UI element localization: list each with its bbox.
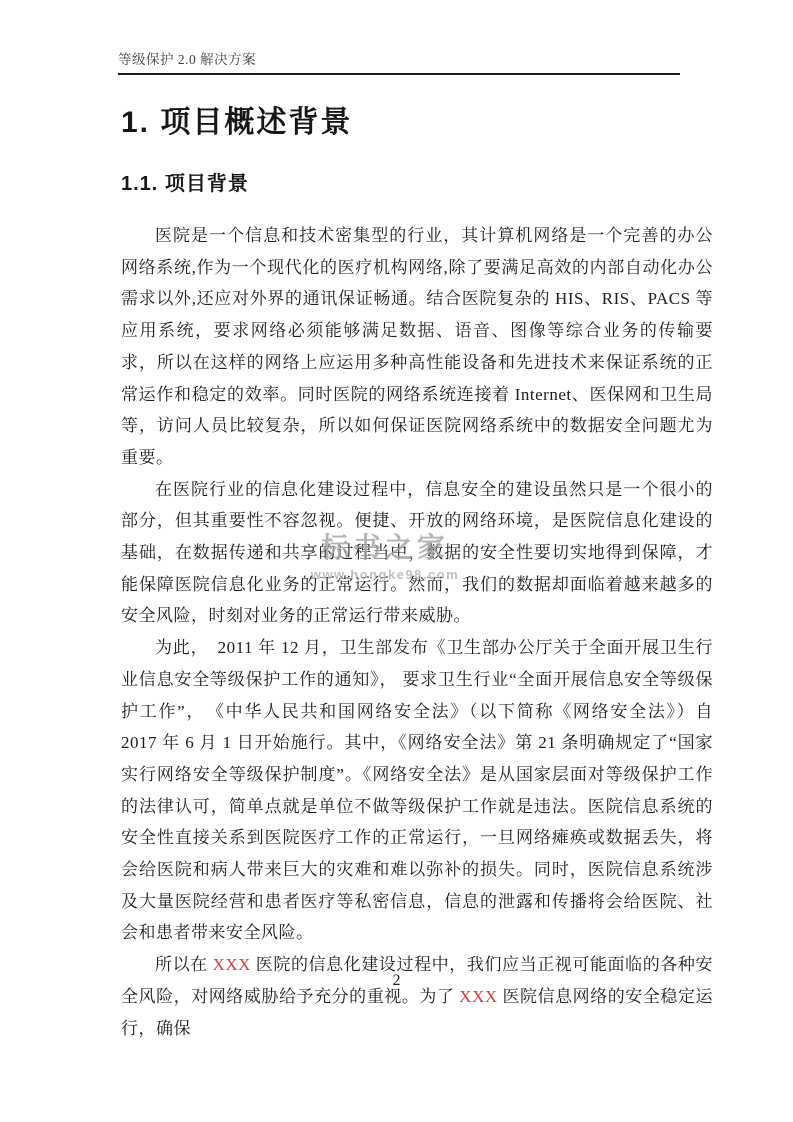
document-page: 等级保护 2.0 解决方案 1. 项目概述背景 1.1. 项目背景 医院是一个信… xyxy=(0,0,793,1122)
header-title: 等级保护 2.0 解决方案 xyxy=(118,52,256,67)
heading-project-background: 1.1. 项目背景 xyxy=(121,170,713,198)
heading-project-overview: 1. 项目概述背景 xyxy=(121,102,713,144)
page-number: 2 xyxy=(0,972,793,990)
paragraph-information-security: 在医院行业的信息化建设过程中，信息安全的建设虽然只是一个很小的部分，但其重要性不… xyxy=(121,474,713,633)
paragraph-regulations: 为此， 2011 年 12 月，卫生部发布《卫生部办公厅关于全面开展卫生行业信息… xyxy=(121,632,713,949)
paragraph-hospital-network: 医院是一个信息和技术密集型的行业，其计算机网络是一个完善的办公网络系统,作为一个… xyxy=(121,220,713,474)
page-header: 等级保护 2.0 解决方案 xyxy=(118,48,680,75)
document-body: 1. 项目概述背景 1.1. 项目背景 医院是一个信息和技术密集型的行业，其计算… xyxy=(121,90,713,1044)
paragraph-conclusion: 所以在 XXX 医院的信息化建设过程中，我们应当正视可能面临的各种安全风险，对网… xyxy=(121,949,713,1044)
